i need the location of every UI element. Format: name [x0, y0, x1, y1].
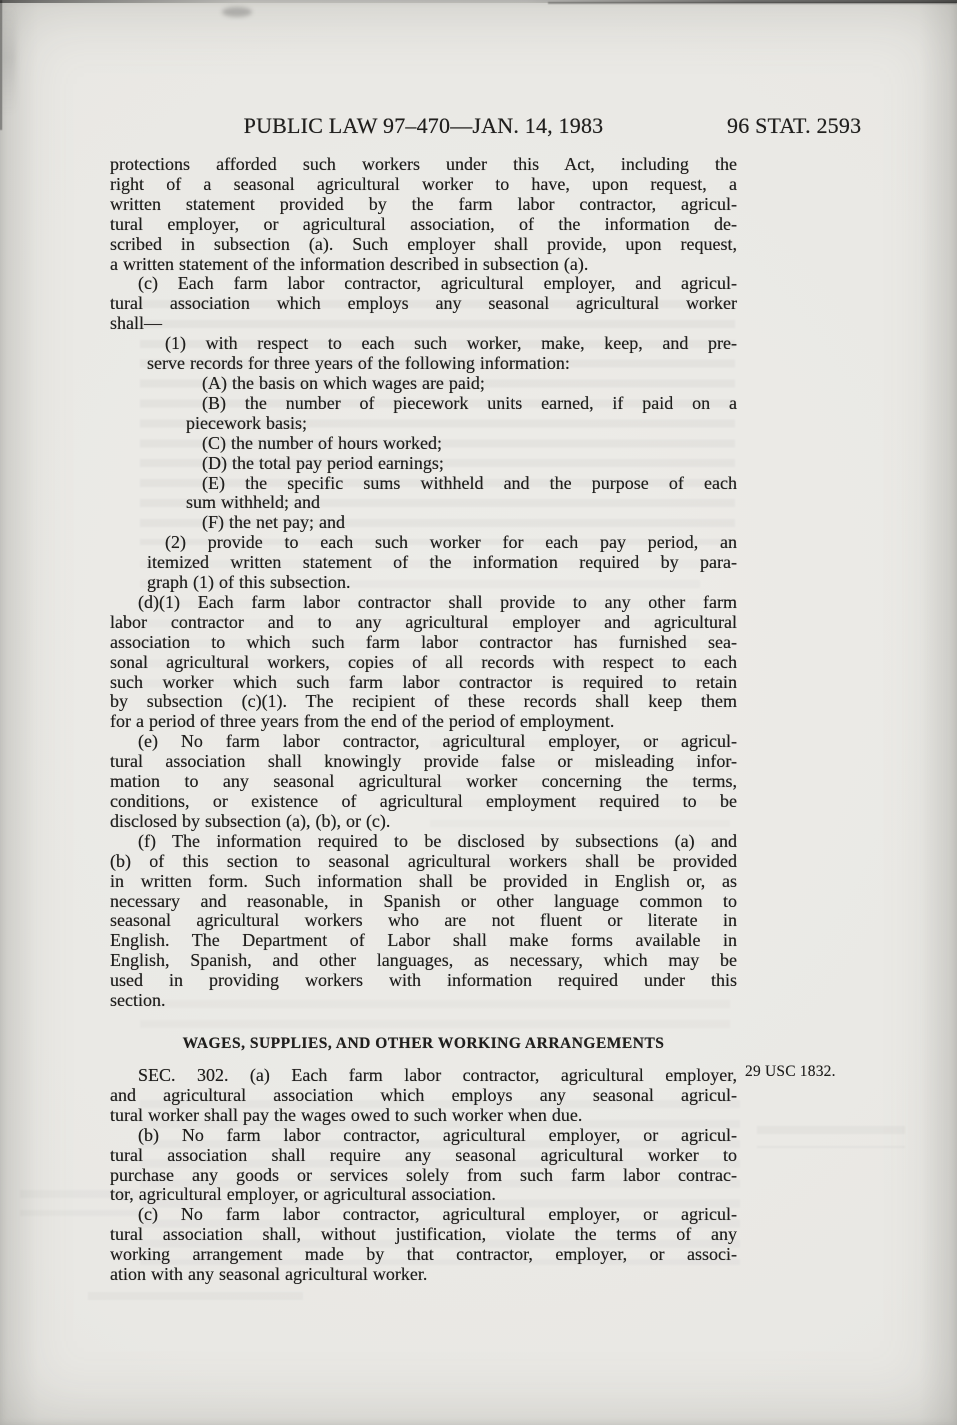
text-line: and agricultural association which emplo… [110, 1086, 737, 1106]
text-line: (e) No farm labor contractor, agricultur… [110, 732, 737, 752]
statute-paragraphs-before-heading: protections afforded such workers under … [110, 155, 737, 1011]
text-line: scribed in subsection (a). Such employer… [110, 235, 737, 255]
paragraph: (F) the net pay; and [110, 513, 737, 533]
scan-smudge-artifact [0, 0, 16, 115]
running-header-law-citation: PUBLIC LAW 97–470—JAN. 14, 1983 [110, 113, 737, 139]
text-line: tor, agricultural employer, or agricultu… [110, 1185, 737, 1205]
scan-edge-artifact [548, 2, 957, 4]
paragraph: (b) No farm labor contractor, agricultur… [110, 1126, 737, 1206]
running-header-statutes-page: 96 STAT. 2593 [727, 113, 957, 139]
text-line: (A) the basis on which wages are paid; [110, 374, 737, 394]
text-line: (F) the net pay; and [110, 513, 737, 533]
text-line: (C) the number of hours worked; [110, 434, 737, 454]
text-line: (B) the number of piecework units earned… [110, 394, 737, 414]
text-line: tural employer, or agricultural associat… [110, 215, 737, 235]
text-line: (2) provide to each such worker for each… [110, 533, 737, 553]
text-line: sum withheld; and [110, 493, 737, 513]
paragraph: (c) Each farm labor contractor, agricult… [110, 274, 737, 334]
text-line: tural association shall require any seas… [110, 1146, 737, 1166]
paragraph: (c) No farm labor contractor, agricultur… [110, 1205, 737, 1285]
text-line: such worker which such farm labor contra… [110, 673, 737, 693]
text-line: (E) the specific sums withheld and the p… [110, 474, 737, 494]
text-line: written statement provided by the farm l… [110, 195, 737, 215]
paragraph: (C) the number of hours worked; [110, 434, 737, 454]
paragraph: (f) The information required to be discl… [110, 832, 737, 1011]
text-line: mation to any seasonal agricultural work… [110, 772, 737, 792]
text-line: shall— [110, 314, 737, 334]
text-line: by subsection (c)(1). The recipient of t… [110, 692, 737, 712]
scan-smudge-artifact [222, 7, 252, 17]
text-line: (d)(1) Each farm labor contractor shall … [110, 593, 737, 613]
text-line: English, Spanish, and other languages, a… [110, 951, 737, 971]
text-line: a written statement of the information d… [110, 255, 737, 275]
text-line: serve records for three years of the fol… [110, 354, 737, 374]
bleed-through-artifact [757, 1126, 905, 1148]
paragraph: (D) the total pay period earnings; [110, 454, 737, 474]
text-line: in written form. Such information shall … [110, 872, 737, 892]
text-line: sonal agricultural workers, copies of al… [110, 653, 737, 673]
text-line: labor contractor and to any agricultural… [110, 613, 737, 633]
text-line: necessary and reasonable, in Spanish or … [110, 892, 737, 912]
paragraph: (e) No farm labor contractor, agricultur… [110, 732, 737, 832]
text-line: disclosed by subsection (a), (b), or (c)… [110, 812, 737, 832]
text-line: ation with any seasonal agricultural wor… [110, 1265, 737, 1285]
text-line: graph (1) of this subsection. [110, 573, 737, 593]
paragraph: (d)(1) Each farm labor contractor shall … [110, 593, 737, 732]
text-line: itemized written statement of the inform… [110, 553, 737, 573]
text-line: SEC. 302. (a) Each farm labor contractor… [110, 1066, 737, 1086]
paragraph: (2) provide to each such worker for each… [110, 533, 737, 593]
text-line: purchase any goods or services solely fr… [110, 1166, 737, 1186]
section-crossheading: WAGES, SUPPLIES, AND OTHER WORKING ARRAN… [110, 1035, 737, 1053]
statute-text-column: protections afforded such workers under … [110, 155, 737, 1285]
text-line: tural worker shall pay the wages owed to… [110, 1106, 737, 1126]
paragraph: (A) the basis on which wages are paid; [110, 374, 737, 394]
scanned-page: PUBLIC LAW 97–470—JAN. 14, 1983 96 STAT.… [0, 0, 957, 1425]
paragraph: SEC. 302. (a) Each farm labor contractor… [110, 1066, 737, 1126]
text-line: (b) of this section to seasonal agricult… [110, 852, 737, 872]
text-line: working arrangement made by that contrac… [110, 1245, 737, 1265]
text-line: (c) Each farm labor contractor, agricult… [110, 274, 737, 294]
text-line: association to which such farm labor con… [110, 633, 737, 653]
text-line: (D) the total pay period earnings; [110, 454, 737, 474]
text-line: (1) with respect to each such worker, ma… [110, 334, 737, 354]
paragraph: protections afforded such workers under … [110, 155, 737, 274]
text-line: tural association shall, without justifi… [110, 1225, 737, 1245]
text-line: section. [110, 991, 737, 1011]
text-line: conditions, or existence of agricultural… [110, 792, 737, 812]
paragraph: (E) the specific sums withheld and the p… [110, 474, 737, 514]
text-line: piecework basis; [110, 414, 737, 434]
bleed-through-artifact [88, 1292, 303, 1312]
text-line: tural association which employs any seas… [110, 294, 737, 314]
text-line: right of a seasonal agricultural worker … [110, 175, 737, 195]
text-line: used in providing workers with informati… [110, 971, 737, 991]
text-line: protections afforded such workers under … [110, 155, 737, 175]
text-line: seasonal agricultural workers who are no… [110, 911, 737, 931]
uscode-margin-note: 29 USC 1832. [745, 1063, 836, 1081]
text-line: (f) The information required to be discl… [110, 832, 737, 852]
paragraph: (1) with respect to each such worker, ma… [110, 334, 737, 374]
text-line: for a period of three years from the end… [110, 712, 737, 732]
text-line: English. The Department of Labor shall m… [110, 931, 737, 951]
text-line: (b) No farm labor contractor, agricultur… [110, 1126, 737, 1146]
text-line: tural association shall knowingly provid… [110, 752, 737, 772]
text-line: (c) No farm labor contractor, agricultur… [110, 1205, 737, 1225]
statute-paragraphs-after-heading: SEC. 302. (a) Each farm labor contractor… [110, 1066, 737, 1285]
paragraph: (B) the number of piecework units earned… [110, 394, 737, 434]
